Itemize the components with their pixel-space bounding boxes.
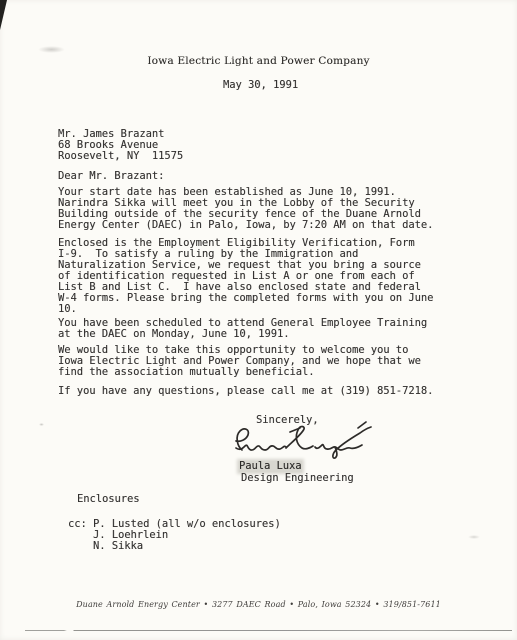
enclosures-label: Enclosures [77, 494, 140, 505]
paragraph-start-date: Your start date has been established as … [58, 187, 433, 231]
body-line: find the association mutually beneficial… [58, 367, 421, 378]
body-line: Energy Center (DAEC) in Palo, Iowa, by 7… [58, 220, 433, 231]
letterhead-footer-address: Duane Arnold Energy Center • 3277 DAEC R… [0, 600, 517, 609]
scanned-letter-page: Iowa Electric Light and Power Company Ma… [0, 0, 517, 640]
scan-corner-artifact [0, 0, 7, 30]
company-letterhead: Iowa Electric Light and Power Company [0, 55, 517, 67]
scan-smudge [38, 46, 65, 53]
paragraph-training: You have been scheduled to attend Genera… [58, 318, 427, 340]
recipient-city: Roosevelt, NY 11575 [58, 151, 183, 162]
body-line: at the DAEC on Monday, June 10, 1991. [58, 329, 427, 340]
body-line: If you have any questions, please call m… [58, 386, 433, 397]
signer-title: Design Engineering [241, 473, 354, 484]
scan-speck [468, 535, 480, 539]
salutation: Dear Mr. Brazant: [58, 171, 164, 182]
scan-speck [39, 423, 44, 426]
paragraph-questions: If you have any questions, please call m… [58, 386, 433, 397]
cc-line: N. Sikka [68, 541, 281, 552]
signer-name: Paula Luxa [239, 461, 302, 472]
body-line: W-4 forms. Please bring the completed fo… [58, 293, 433, 304]
paragraph-welcome: We would like to take this opportunity t… [58, 345, 421, 378]
body-line: 10. [58, 304, 433, 315]
paper-bottom-edge [25, 630, 512, 631]
letter-date: May 30, 1991 [223, 80, 298, 91]
cc-list: cc: P. Lusted (all w/o enclosures) J. Lo… [68, 519, 281, 552]
paragraph-i9-forms: Enclosed is the Employment Eligibility V… [58, 238, 433, 315]
recipient-address: Mr. James Brazant 68 Brooks Avenue Roose… [58, 129, 183, 162]
handwritten-signature-icon: Paula Luxa [232, 419, 380, 461]
